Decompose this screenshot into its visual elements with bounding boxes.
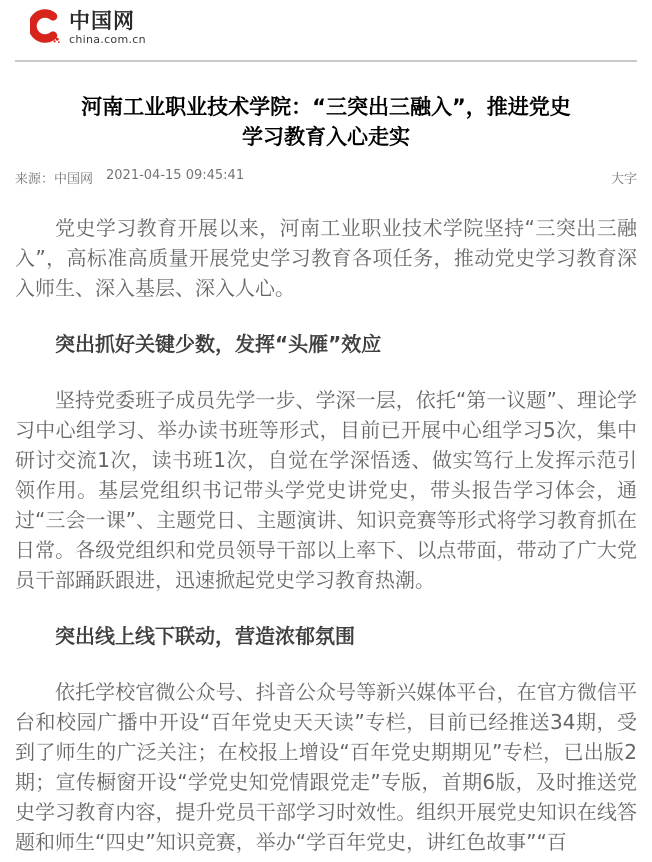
logo-text: 中国网 china.com.cn (69, 11, 146, 45)
article-meta: 来源：中国网 2021-04-15 09:45:41 大字 (15, 168, 637, 187)
publish-datetime: 2021-04-15 09:45:41 (106, 168, 244, 187)
paragraph: 党史学习教育开展以来，河南工业职业技术学院坚持“三突出三融入”，高标准高质量开展… (15, 213, 637, 303)
article-meta-left: 来源：中国网 2021-04-15 09:45:41 (15, 168, 244, 187)
site-logo[interactable]: 中国网 china.com.cn (30, 9, 146, 46)
article-title: 河南工业职业技术学院：“三突出三融入”，推进党史学习教育入心走实 (71, 92, 581, 152)
china-net-c-icon (30, 9, 64, 46)
paragraph: 坚持党委班子成员先学一步、学深一层，依托“第一议题”、理论学习中心组学习、举办读… (15, 385, 637, 595)
font-size-button[interactable]: 大字 (611, 168, 637, 187)
paragraph: 依托学校官微公众号、抖音公众号等新兴媒体平台，在官方微信平台和校园广播中开设“百… (15, 677, 637, 857)
article-body: 党史学习教育开展以来，河南工业职业技术学院坚持“三突出三融入”，高标准高质量开展… (15, 213, 637, 857)
header-divider (15, 60, 637, 62)
logo-domain: china.com.cn (69, 34, 146, 45)
section-heading: 突出抓好关键少数，发挥“头雁”效应 (15, 329, 637, 359)
source-label: 来源：中国网 (15, 168, 93, 187)
logo-title: 中国网 (69, 11, 146, 32)
page: 中国网 china.com.cn 河南工业职业技术学院：“三突出三融入”，推进党… (0, 0, 652, 862)
site-header: 中国网 china.com.cn (0, 0, 652, 50)
article: 河南工业职业技术学院：“三突出三融入”，推进党史学习教育入心走实 来源：中国网 … (0, 92, 652, 857)
section-heading: 突出线上线下联动，营造浓郁氛围 (15, 621, 637, 651)
